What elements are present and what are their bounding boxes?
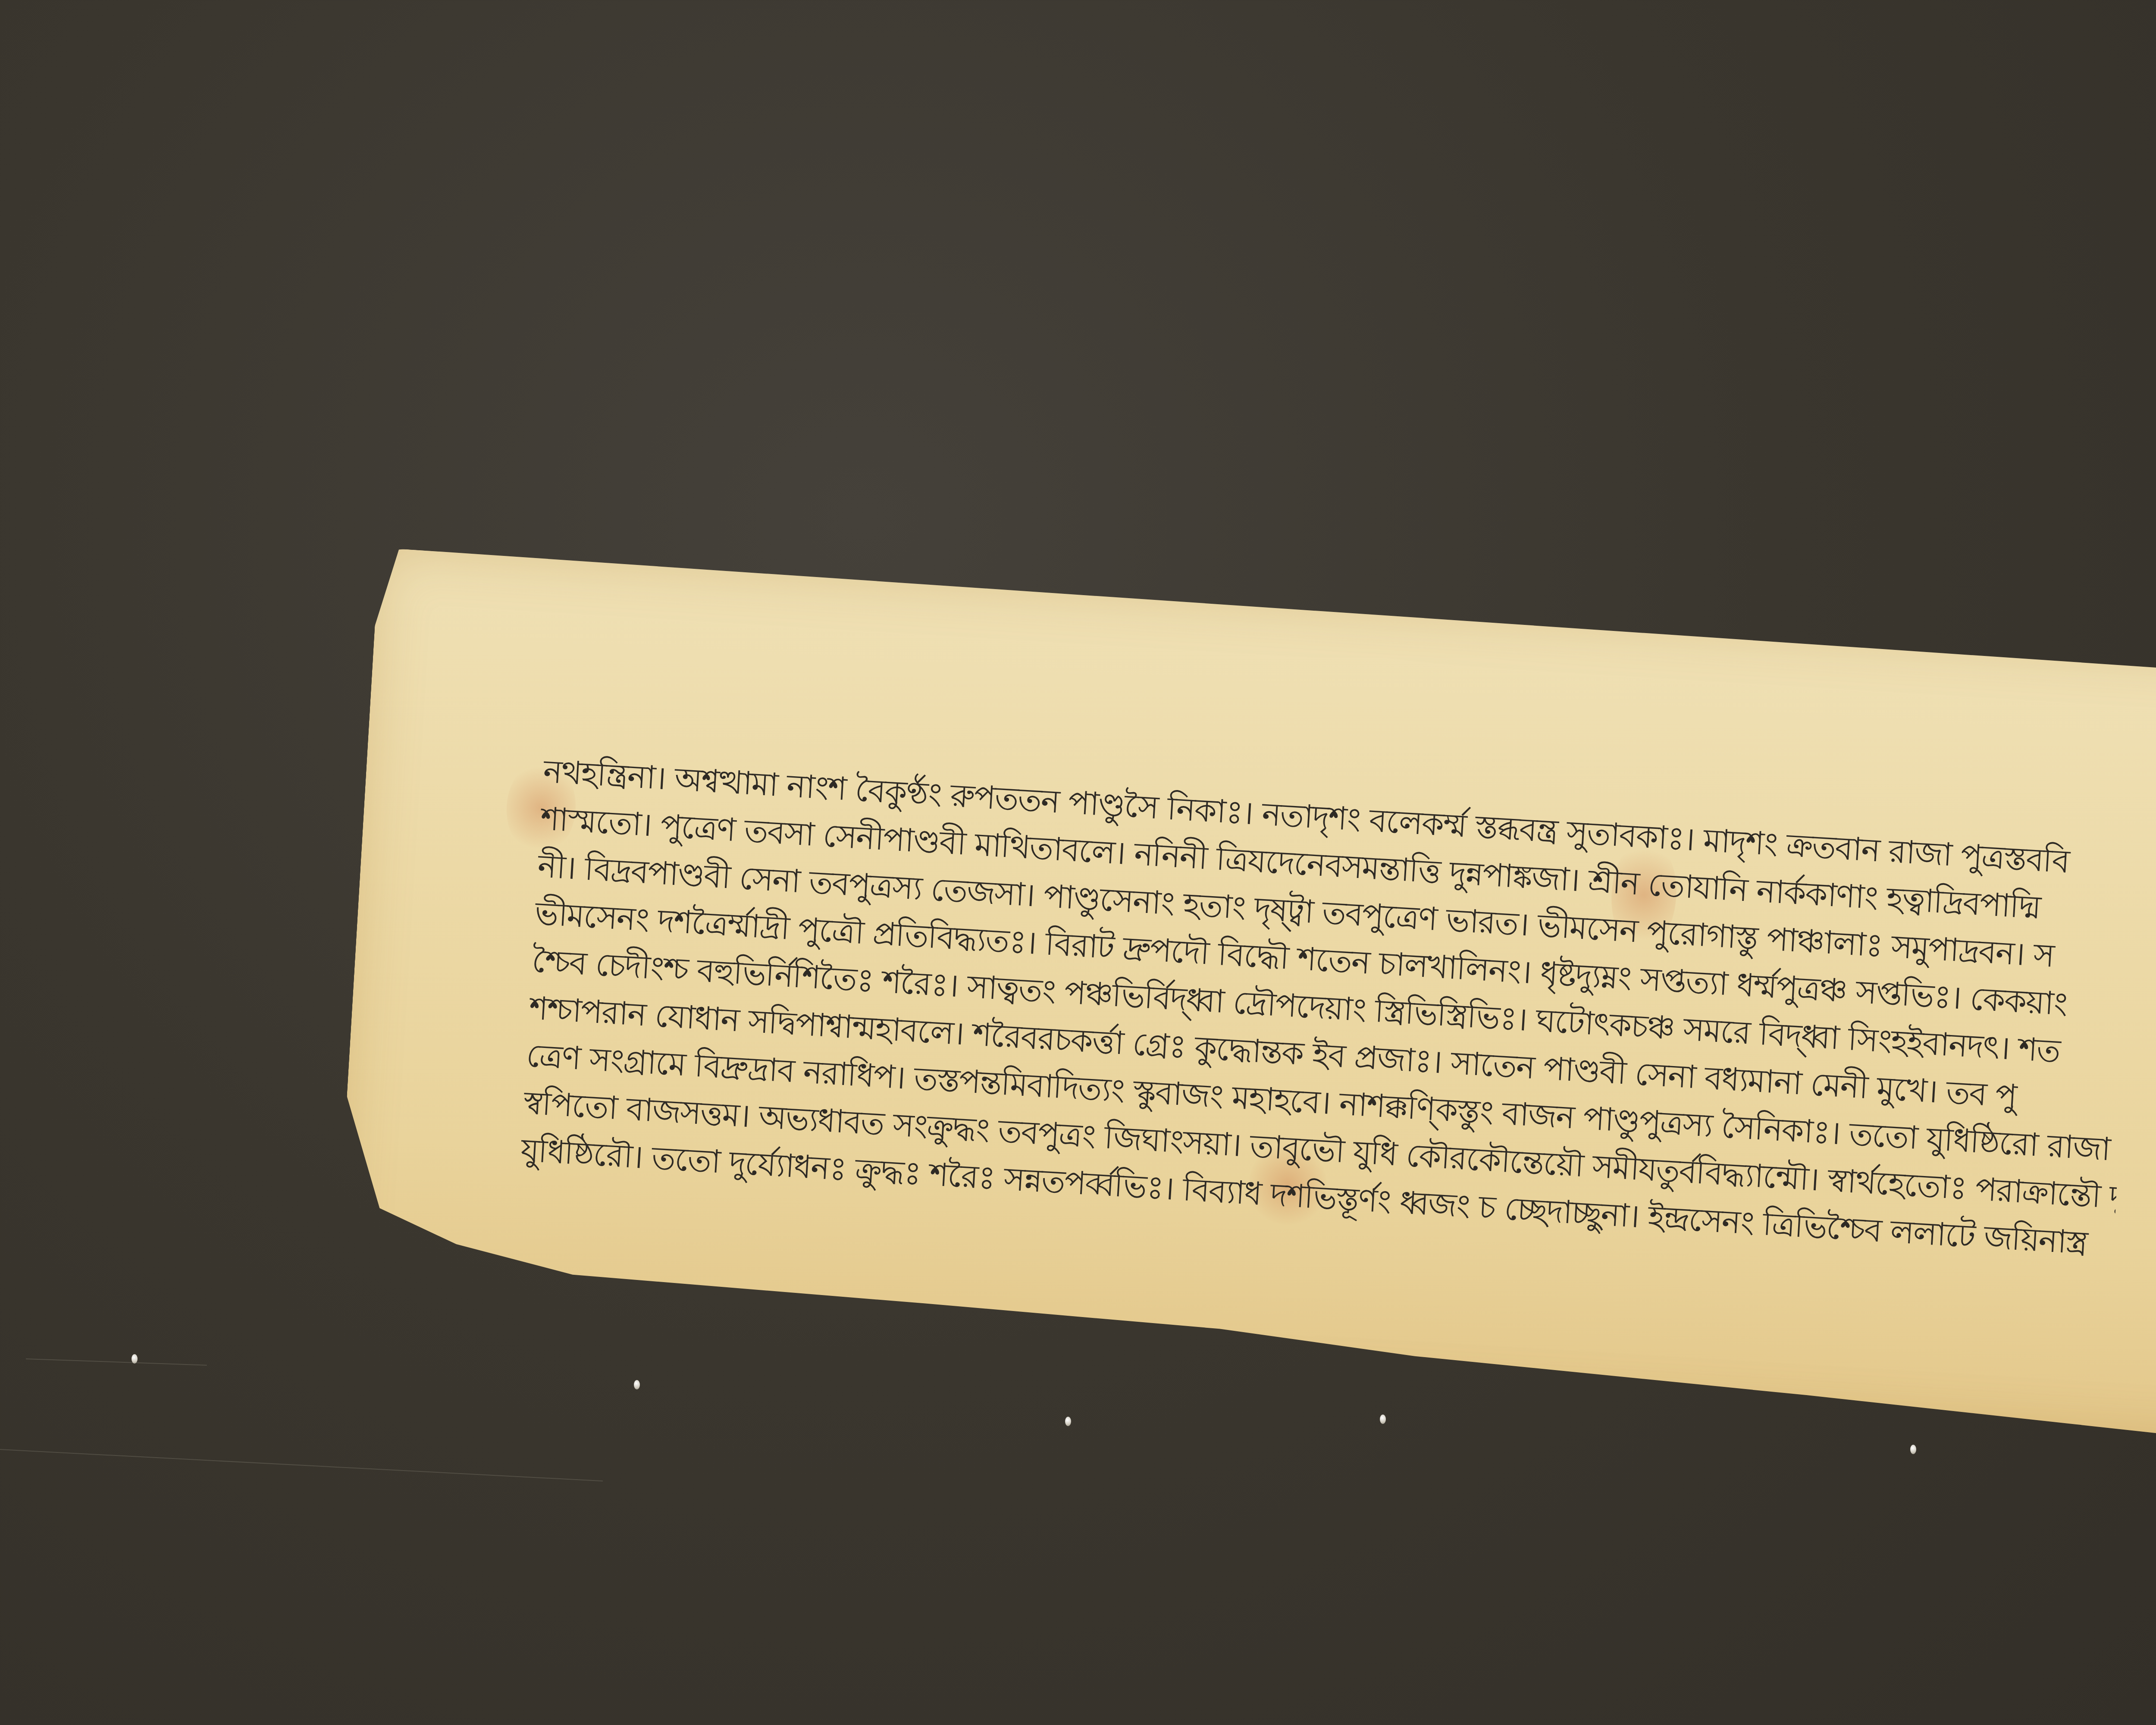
pin-icon bbox=[634, 1380, 640, 1389]
pin-icon bbox=[132, 1354, 138, 1364]
pin-icon bbox=[1380, 1414, 1386, 1424]
pin-icon bbox=[1910, 1445, 1916, 1454]
manuscript-text: নথহন্ত্রিনা। অশ্বত্থামা নাংশ বৈকুর্ণ্ঠং … bbox=[519, 748, 2137, 1269]
manuscript-leaf: নথহন্ত্রিনা। অশ্বত্থামা নাংশ বৈকুর্ণ্ঠং … bbox=[333, 548, 2156, 1448]
background-scratch bbox=[26, 1358, 207, 1366]
background-scratch bbox=[0, 1449, 603, 1481]
pin-icon bbox=[1065, 1417, 1071, 1426]
